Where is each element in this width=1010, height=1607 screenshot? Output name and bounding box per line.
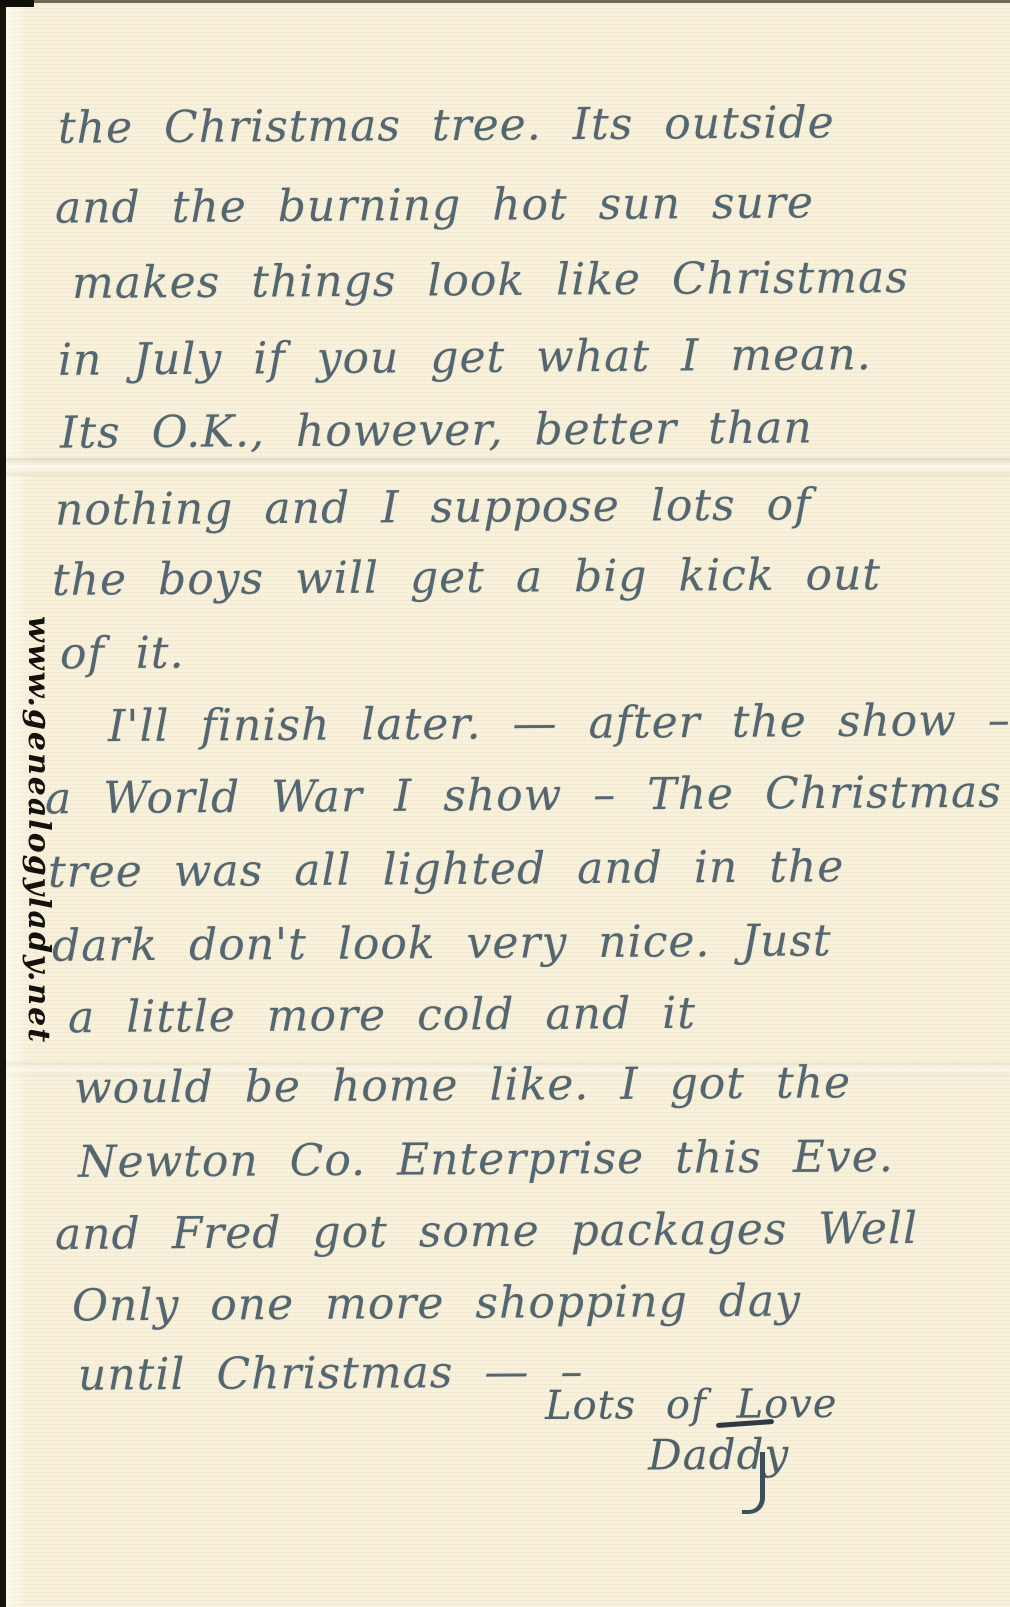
letter-line: Only one more shopping day [72, 1275, 801, 1331]
watermark: www.genealogylady.net [21, 616, 56, 1044]
letter-closing: Lots of Love [545, 1381, 838, 1429]
letter-line: makes things look like Christmas [72, 252, 909, 309]
letter-line: would be home like. I got the [74, 1057, 851, 1113]
letter-line: I'll finish later. — after the show – [108, 695, 1010, 752]
letter-page: www.genealogylady.net the Christmas tree… [0, 0, 1010, 1607]
scan-edge-top [0, 0, 1010, 3]
letter-line: the Christmas tree. Its outside [58, 97, 835, 153]
letter-line: Its O.K., however, better than [60, 402, 813, 458]
letter-line: and the burning hot sun sure [55, 177, 814, 233]
letter-line: nothing and I suppose lots of [55, 479, 812, 535]
scan-edge-left [0, 0, 6, 1607]
letter-line: a little more cold and it [68, 988, 696, 1043]
letter-line: until Christmas — – [78, 1346, 584, 1401]
letter-signature: Daddy [648, 1430, 790, 1480]
letter-line: the boys will get a big kick out [52, 549, 881, 606]
letter-line: in July if you get what I mean. [58, 329, 872, 386]
letter-line: a World War I show – The Christmas [45, 767, 1002, 825]
signature-descender-stroke [742, 1452, 765, 1514]
letter-line: of it. [60, 628, 185, 680]
letter-line: tree was all lighted and in the [48, 841, 845, 898]
letter-line: Newton Co. Enterprise this Eve. [78, 1131, 894, 1188]
letter-line: and Fred got some packages Well [55, 1203, 918, 1260]
fold-crease-upper [0, 458, 1010, 476]
letter-line: dark don't look very nice. Just [52, 915, 832, 971]
scan-corner-mark [0, 0, 34, 7]
